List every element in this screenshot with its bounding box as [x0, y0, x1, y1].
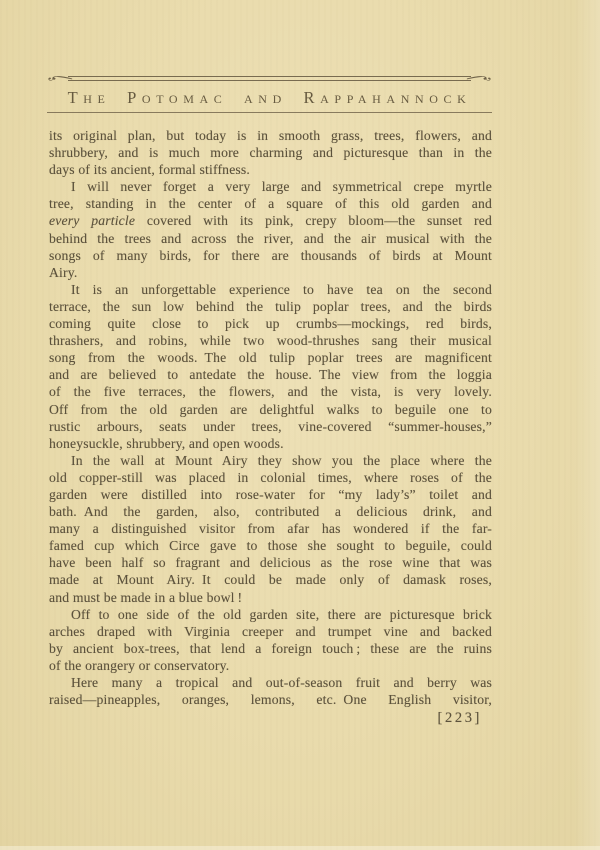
text-run: Here many a tropical and out-of-season f…: [71, 675, 492, 690]
body-line: shrubbery, and is much more charming and…: [49, 144, 492, 161]
text-run: famed cup which Circe gave to those she …: [49, 538, 492, 553]
body-line: and are believed to antedate the house. …: [49, 366, 492, 383]
body-line: bath. And the garden, also, contributed …: [49, 503, 492, 520]
body-line: its original plan, but today is in smoot…: [49, 127, 492, 144]
text-run: its original plan, but today is in smoot…: [49, 128, 492, 143]
text-run: covered with its pink, crepy bloom—the s…: [135, 213, 492, 228]
body-line: behind the trees and across the river, a…: [49, 230, 492, 247]
body-text: its original plan, but today is in smoot…: [49, 127, 492, 708]
text-run: have been half so fragrant and delicious…: [49, 555, 492, 570]
page-number: [223]: [392, 710, 482, 727]
text-run: many a distinguished visitor from afar h…: [49, 521, 492, 536]
body-line: honeysuckle, shrubbery, and open woods.: [49, 435, 492, 452]
running-title: The Potomac and Rappahannock: [47, 89, 492, 107]
body-line: In the wall at Mount Airy they show you …: [49, 452, 492, 469]
text-run: behind the trees and across the river, a…: [49, 231, 492, 246]
text-run: bath. And the garden, also, contributed …: [49, 504, 492, 519]
body-line: Airy.: [49, 264, 492, 281]
body-line: Here many a tropical and out-of-season f…: [49, 674, 492, 691]
text-run: honeysuckle, shrubbery, and open woods.: [49, 436, 284, 451]
text-run: garden were distilled into rose-water fo…: [49, 487, 492, 502]
body-line: made at Mount Airy. It could be made onl…: [49, 571, 492, 588]
body-line: raised—pineapples, oranges, lemons, etc.…: [49, 691, 492, 708]
text-run: In the wall at Mount Airy they show you …: [71, 453, 492, 468]
body-line: and must be made in a blue bowl !: [49, 589, 492, 606]
body-line: Off to one side of the old garden site, …: [49, 606, 492, 623]
book-page: The Potomac and Rappahannock its origina…: [0, 0, 600, 850]
body-line: tree, standing in the center of a square…: [49, 195, 492, 212]
body-line: by ancient box-trees, that lend a foreig…: [49, 640, 492, 657]
text-run: Airy.: [49, 265, 77, 280]
text-run: coming quite close to pick up crumbs—moc…: [49, 316, 492, 331]
body-line: famed cup which Circe gave to those she …: [49, 537, 492, 554]
text-run: shrubbery, and is much more charming and…: [49, 145, 492, 160]
text-run: made at Mount Airy. It could be made onl…: [49, 572, 492, 587]
text-run: It is an unforgettable experience to hav…: [71, 282, 492, 297]
body-line: garden were distilled into rose-water fo…: [49, 486, 492, 503]
body-line: coming quite close to pick up crumbs—moc…: [49, 315, 492, 332]
title-rule: [47, 112, 492, 113]
text-run: and must be made in a blue bowl !: [49, 590, 242, 605]
text-run: song from the woods. The old tulip popla…: [49, 350, 492, 365]
body-line: Off from the old garden are delightful w…: [49, 401, 492, 418]
body-line: It is an unforgettable experience to hav…: [49, 281, 492, 298]
text-run: rustic arbours, seats under trees, vine-…: [49, 419, 492, 434]
text-run: of the orangery or conservatory.: [49, 658, 229, 673]
text-run: days of its ancient, formal stiffness.: [49, 162, 250, 177]
body-line: days of its ancient, formal stiffness.: [49, 161, 492, 178]
body-line: I will never forget a very large and sym…: [49, 178, 492, 195]
body-line: thrashers, and robins, while two wood-th…: [49, 332, 492, 349]
body-line: have been half so fragrant and delicious…: [49, 554, 492, 571]
text-run: arches draped with Virginia creeper and …: [49, 624, 492, 639]
double-rule: [68, 76, 471, 81]
text-run: Off from the old garden are delightful w…: [49, 402, 492, 417]
text-run: old copper-still was placed in colonial …: [49, 470, 492, 485]
body-line: every particle covered with its pink, cr…: [49, 212, 492, 229]
text-run: I will never forget a very large and sym…: [71, 179, 492, 194]
header-ornament-rule: [47, 72, 492, 84]
body-line: songs of many birds, for there are thous…: [49, 247, 492, 264]
text-run: terrace, the sun low behind the tulip po…: [49, 299, 492, 314]
italic-phrase: every particle: [49, 213, 135, 228]
body-line: terrace, the sun low behind the tulip po…: [49, 298, 492, 315]
body-line: song from the woods. The old tulip popla…: [49, 349, 492, 366]
text-run: Off to one side of the old garden site, …: [71, 607, 492, 622]
body-line: many a distinguished visitor from afar h…: [49, 520, 492, 537]
text-run: raised—pineapples, oranges, lemons, etc.…: [49, 692, 492, 707]
body-line: arches draped with Virginia creeper and …: [49, 623, 492, 640]
body-line: of the orangery or conservatory.: [49, 657, 492, 674]
text-run: and are believed to antedate the house. …: [49, 367, 492, 382]
text-run: of the five terraces, the flowers, and t…: [49, 384, 492, 399]
text-run: thrashers, and robins, while two wood-th…: [49, 333, 492, 348]
body-line: old copper-still was placed in colonial …: [49, 469, 492, 486]
body-line: of the five terraces, the flowers, and t…: [49, 383, 492, 400]
scroll-ornament-right-icon: [466, 72, 492, 84]
body-line: rustic arbours, seats under trees, vine-…: [49, 418, 492, 435]
text-run: songs of many birds, for there are thous…: [49, 248, 492, 263]
text-run: by ancient box-trees, that lend a foreig…: [49, 641, 492, 656]
text-run: tree, standing in the center of a square…: [49, 196, 492, 211]
